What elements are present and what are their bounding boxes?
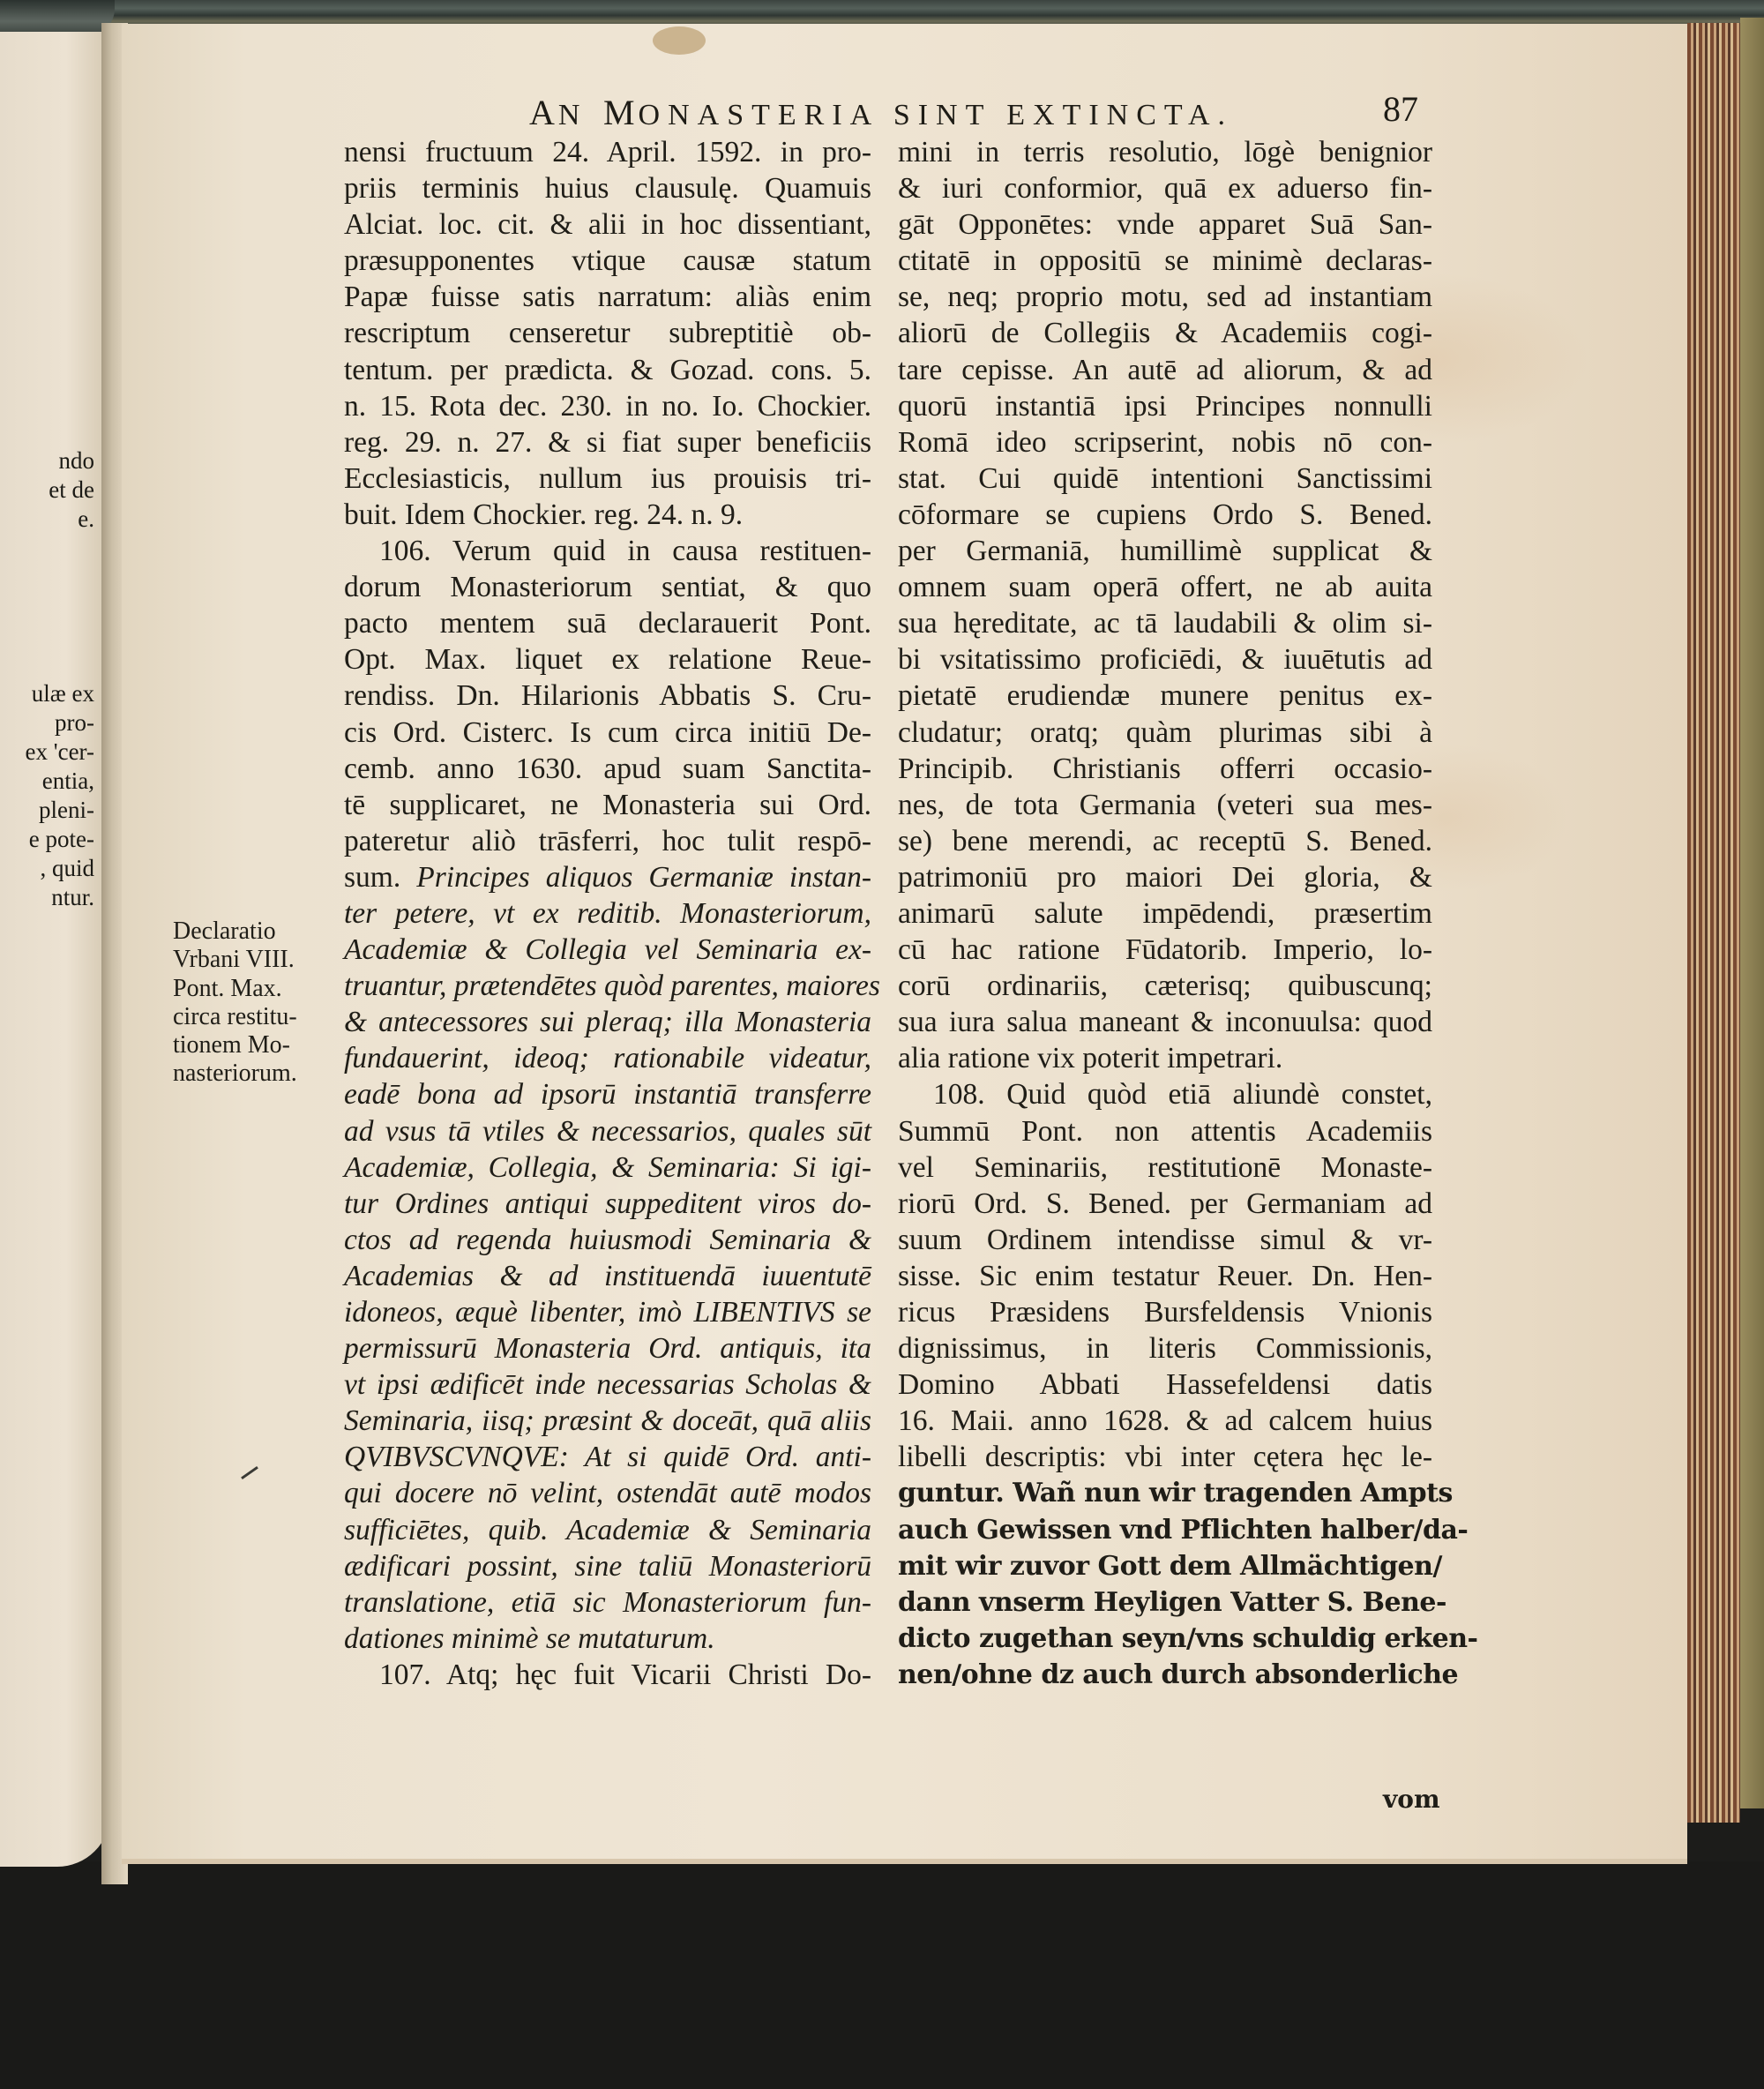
text-line: 107. Atq; hęc fuit Vicarii Christi Do-: [344, 1657, 871, 1693]
text-line: se, neq; proprio motu, sed ad instantiam: [898, 279, 1432, 315]
text-line: gāt Opponētes: vnde apparet Suā San-: [898, 206, 1432, 243]
text-line: idoneos, æquè libenter, imò LIBENTIVS se: [344, 1294, 871, 1330]
facing-line: pro-: [0, 708, 94, 738]
right-text-column: mini in terris resolutio, lōgè benignior…: [898, 134, 1432, 1693]
text-line: translatione, etiā sic Monasteriorum fun…: [344, 1584, 871, 1621]
text-line: alia ratione vix poterit impetrari.: [898, 1040, 1432, 1076]
running-head-initial: A: [529, 93, 558, 132]
margin-note: DeclaratioVrbani VIII.Pont. Max.circa re…: [173, 917, 340, 1089]
text-line: nes, de tota Germania (veteri sua mes-: [898, 787, 1432, 823]
text-line: riorū Ord. S. Bened. per Germaniam ad: [898, 1186, 1432, 1222]
facing-page-text-group-1: ndo et de e.: [0, 446, 110, 534]
text-line: QVIBVSCVNQVE: At si quidē Ord. anti-: [344, 1439, 871, 1475]
text-line: mit wir zuvor Gott dem Allmächtigen/: [898, 1548, 1432, 1584]
text-line: & iuri conformior, quā ex aduerso fin-: [898, 170, 1432, 206]
facing-line: ntur.: [0, 883, 94, 912]
page-fore-edge: [1687, 23, 1740, 1823]
text-line: libelli descriptis: vbi inter cętera hęc…: [898, 1439, 1432, 1475]
text-line: dationes minimè se mutaturum.: [344, 1621, 871, 1657]
text-line: dignissimus, in literis Commissionis,: [898, 1330, 1432, 1366]
text-line: Seminaria, iisq; præsint & doceāt, quā a…: [344, 1403, 871, 1439]
text-line: sua iura salua maneant & inconuulsa: quo…: [898, 1004, 1432, 1040]
text-line: Alciat. loc. cit. & alii in hoc dissenti…: [344, 206, 871, 243]
running-head-part: N: [558, 99, 603, 131]
text-line: nensi fructuum 24. April. 1592. in pro-: [344, 134, 871, 170]
text-line: ter petere, vt ex reditib. Monasteriorum…: [344, 895, 871, 932]
text-line: fundauerint, ideoq; rationabile videatur…: [344, 1040, 871, 1076]
text-line: aliorū de Collegiis & Academiis cogi-: [898, 315, 1432, 351]
text-line: corū ordinariis, cæterisq; quibuscunq;: [898, 968, 1432, 1004]
text-line: rendiss. Dn. Hilarionis Abbatis S. Cru-: [344, 678, 871, 714]
text-line: n. 15. Rota dec. 230. in no. Io. Chockie…: [344, 388, 871, 424]
text-line: permissurū Monasteria Ord. antiquis, ita: [344, 1330, 871, 1366]
facing-line: ex 'cer-: [0, 738, 94, 767]
text-line: cis Ord. Cisterc. Is cum circa initiū De…: [344, 715, 871, 751]
text-line: Academias & ad instituendā iuuentutē: [344, 1258, 871, 1294]
text-line: rescriptum censeretur subreptitiè ob-: [344, 315, 871, 351]
page-number: 87: [1383, 88, 1418, 130]
text-line: pacto mentem suā declarauerit Pont.: [344, 605, 871, 641]
text-line: patrimoniū pro maiori Dei gloria, &: [898, 859, 1432, 895]
margin-note-line: nasteriorum.: [173, 1059, 340, 1088]
margin-note-line: tionem Mo-: [173, 1031, 340, 1059]
text-line: ricus Præsidens Bursfeldensis Vnionis: [898, 1294, 1432, 1330]
text-line: tentum. per prædicta. & Gozad. cons. 5.: [344, 352, 871, 388]
text-line: Papæ fuisse satis narratum: aliàs enim: [344, 279, 871, 315]
facing-line: pleni-: [0, 796, 94, 825]
text-line: pateretur aliò trāsferri, hoc tulit resp…: [344, 823, 871, 859]
text-line: truantur, prætendētes quòd parentes, mai…: [344, 968, 871, 1004]
text-line: reg. 29. n. 27. & si fiat super benefici…: [344, 424, 871, 460]
text-line: Domino Abbati Hassefeldensi datis: [898, 1366, 1432, 1403]
text-line: & antecessores sui pleraq; illa Monaster…: [344, 1004, 871, 1040]
text-line: cōformare se cupiens Ordo S. Bened.: [898, 497, 1432, 533]
margin-note-line: Vrbani VIII.: [173, 946, 340, 974]
text-line: cludatur; oratq; quàm plurimas sibi à: [898, 715, 1432, 751]
paper-stain: [653, 26, 706, 55]
margin-note-line: Pont. Max.: [173, 975, 340, 1003]
facing-line: entia,: [0, 767, 94, 796]
text-line: cemb. anno 1630. apud suam Sanctita-: [344, 751, 871, 787]
text-line: tare cepisse. An autē ad aliorum, & ad: [898, 352, 1432, 388]
facing-page-text-group-2: ulæ ex pro- ex 'cer- entia, pleni- e pot…: [0, 679, 110, 912]
text-line: auch Gewissen vnd Pflichten halber/da-: [898, 1512, 1432, 1548]
left-text-column: nensi fructuum 24. April. 1592. in pro-p…: [344, 134, 871, 1693]
text-line: omnem suam operā offert, ne ab auita: [898, 569, 1432, 605]
text-line: qui docere nō velint, ostendāt autē modo…: [344, 1475, 871, 1511]
text-line: sum. Principes aliquos Germaniæ instan-: [344, 859, 871, 895]
facing-line: , quid: [0, 854, 94, 883]
text-line: ctos ad regenda huiusmodi Seminaria &: [344, 1222, 871, 1258]
text-line: Romā ideo scripserint, nobis nō con-: [898, 424, 1432, 460]
text-line: quorū instantiā ipsi Principes nonnulli: [898, 388, 1432, 424]
facing-line: et de: [0, 475, 94, 505]
text-line: suum Ordinem intendisse simul & vr-: [898, 1222, 1432, 1258]
text-line: priis terminis huius clausulę. Quamuis: [344, 170, 871, 206]
text-line: guntur. Wañ nun wir tragenden Ampts: [898, 1475, 1432, 1511]
text-line: vel Seminariis, restitutionē Monaste-: [898, 1149, 1432, 1186]
text-line: eadē bona ad ipsorū instantiā transferre: [344, 1076, 871, 1112]
facing-line: ulæ ex: [0, 679, 94, 708]
text-line: ad vsus tā vtiles & necessarios, quales …: [344, 1113, 871, 1149]
text-line: mini in terris resolutio, lōgè benignior: [898, 134, 1432, 170]
text-line: dorum Monasteriorum sentiat, & quo: [344, 569, 871, 605]
text-line: nen/ohne dz auch durch absonderliche: [898, 1657, 1432, 1693]
margin-note-line: Declaratio: [173, 917, 340, 946]
running-head: AN MONASTERIA SINT EXTINCTA.: [529, 92, 1438, 131]
text-line: tur Ordines antiqui suppeditent viros do…: [344, 1186, 871, 1222]
text-line: Academiæ & Collegia vel Seminaria ex-: [344, 932, 871, 968]
facing-line: e pote-: [0, 825, 94, 854]
text-line: Opt. Max. liquet ex relatione Reue-: [344, 641, 871, 678]
text-line: sisse. Sic enim testatur Reuer. Dn. Hen-: [898, 1258, 1432, 1294]
margin-note-line: circa restitu-: [173, 1003, 340, 1031]
text-line: tē supplicaret, ne Monasteria sui Ord.: [344, 787, 871, 823]
text-line: 106. Verum quid in causa restituen-: [344, 533, 871, 569]
facing-page-fragment: ndo et de e. ulæ ex pro- ex 'cer- entia,…: [0, 32, 110, 1867]
running-head-part: ONASTERIA SINT EXTINCTA.: [639, 99, 1233, 131]
text-line: stat. Cui quidē intentioni Sanctissimi: [898, 460, 1432, 497]
text-line: Ecclesiasticis, nullum ius prouisis tri-: [344, 460, 871, 497]
running-head-initial: M: [603, 93, 639, 132]
text-line: Principib. Christianis offerri occasio-: [898, 751, 1432, 787]
scan-background: [0, 1861, 1764, 2089]
text-line: præsupponentes vtique causæ statum: [344, 243, 871, 279]
text-line: Academiæ, Collegia, & Seminaria: Si igi-: [344, 1149, 871, 1186]
text-line: 108. Quid quòd etiā aliundè constet,: [898, 1076, 1432, 1112]
book-cover-edge: [1740, 18, 1764, 1808]
text-line: pietatē erudiendæ munere penitus ex-: [898, 678, 1432, 714]
text-line: dicto zugethan seyn/vns schuldig erken-: [898, 1621, 1432, 1657]
text-line: cū hac ratione Fūdatorib. Imperio, lo-: [898, 932, 1432, 968]
text-line: per Germaniā, humillimè supplicat &: [898, 533, 1432, 569]
facing-line: ndo: [0, 446, 94, 475]
catchword: vom: [1383, 1785, 1440, 1814]
text-line: Summū Pont. non attentis Academiis: [898, 1113, 1432, 1149]
text-line: ctitatē in oppositū se minimè declaras-: [898, 243, 1432, 279]
text-line: vt ipsi ædificēt inde necessarias Schola…: [344, 1366, 871, 1403]
text-line: buit. Idem Chockier. reg. 24. n. 9.: [344, 497, 871, 533]
text-line: se) bene merendi, ac receptū S. Bened.: [898, 823, 1432, 859]
text-line: sua hęreditate, ac tā laudabili & olim s…: [898, 605, 1432, 641]
text-line: bi vsitatissimo proficiēdi, & iuuētutis …: [898, 641, 1432, 678]
text-line: dann vnserm Heyligen Vatter S. Bene-: [898, 1584, 1432, 1621]
facing-page-top-edge: [0, 0, 115, 35]
text-line: ædificari possint, sine taliū Monasterio…: [344, 1548, 871, 1584]
facing-line: e.: [0, 505, 94, 534]
text-line: animarū salute impēdendi, præsertim: [898, 895, 1432, 932]
text-line: sufficiētes, quib. Academiæ & Seminaria: [344, 1512, 871, 1548]
text-line: 16. Maii. anno 1628. & ad calcem huius: [898, 1403, 1432, 1439]
